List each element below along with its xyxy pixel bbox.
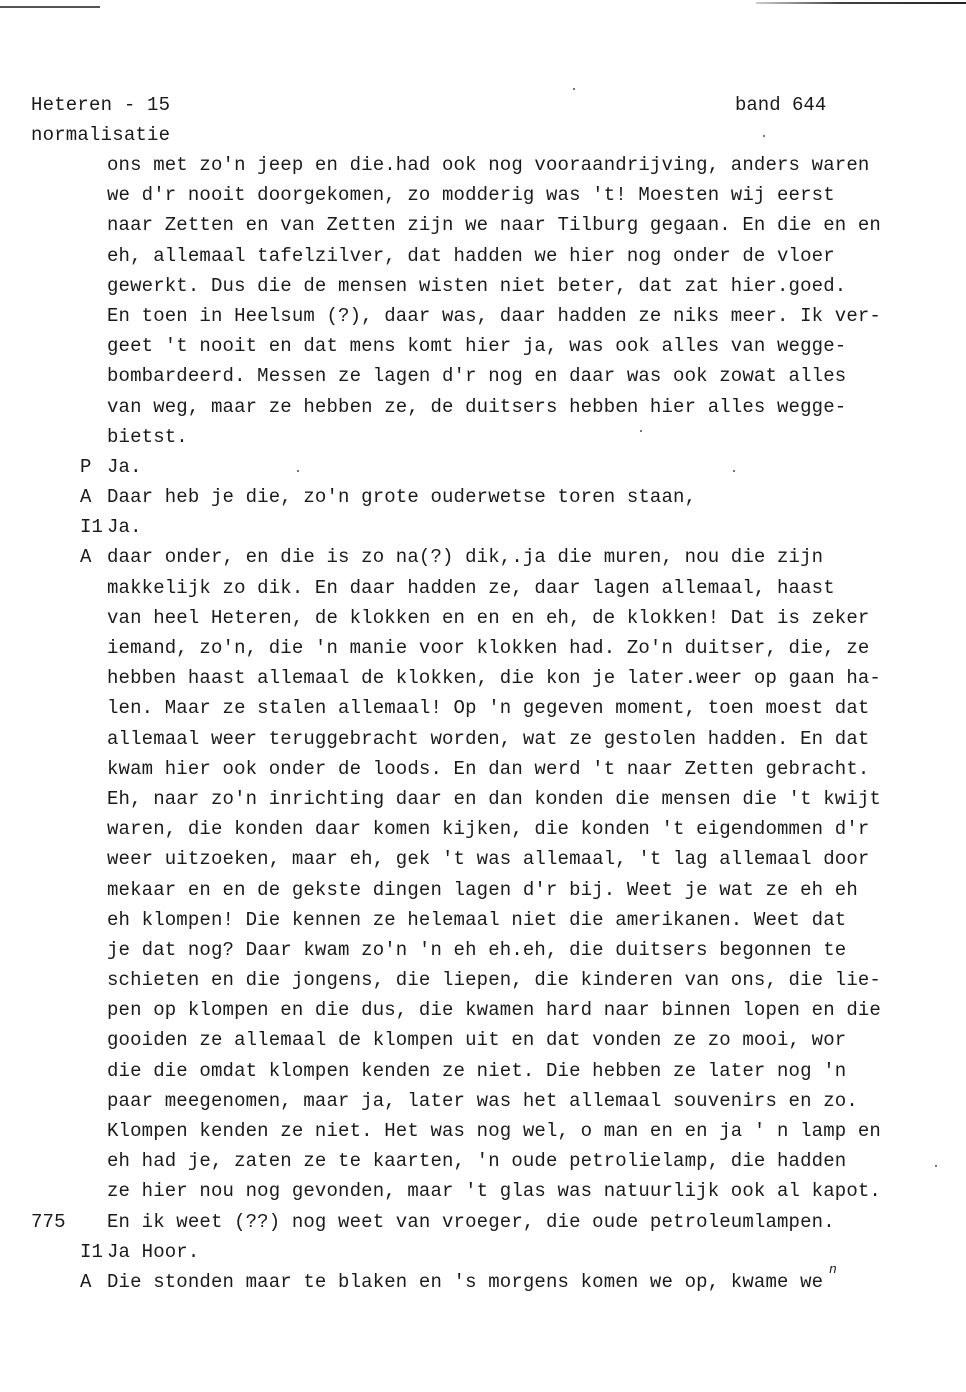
transcript-line: van weg, maar ze hebben ze, de duitsers … [0,392,966,422]
transcript-line: ADie stonden maar te blaken en 's morgen… [0,1267,966,1297]
line-text: weer uitzoeken, maar eh, gek 't was alle… [107,844,869,874]
line-text: mekaar en en de gekste dingen lagen d'r … [107,875,858,905]
transcript-line: we d'r nooit doorgekomen, zo modderig wa… [0,180,966,210]
transcript-line: van heel Heteren, de klokken en en en eh… [0,603,966,633]
transcript-line: ADaar heb je die, zo'n grote ouderwetse … [0,482,966,512]
speaker-label: A [80,1267,92,1297]
transcript-line: je dat nog? Daar kwam zo'n 'n eh eh.eh, … [0,935,966,965]
transcript-line: I1Ja Hoor. [0,1237,966,1267]
line-text: En toen in Heelsum (?), daar was, daar h… [107,301,881,331]
line-text: kwam hier ook onder de loods. En dan wer… [107,754,869,784]
line-text: je dat nog? Daar kwam zo'n 'n eh eh.eh, … [107,935,846,965]
speaker-label: I1 [80,1237,103,1267]
line-text: iemand, zo'n, die 'n manie voor klokken … [107,633,869,663]
document-title: Heteren - 15 [31,90,170,120]
transcript-line: I1Ja. [0,512,966,542]
line-text: gooiden ze allemaal de klompen uit en da… [107,1025,846,1055]
tape-number: band 644 [735,90,826,120]
line-text: bietst. [107,422,188,452]
transcript-line: makkelijk zo dik. En daar hadden ze, daa… [0,573,966,603]
line-text: Daar heb je die, zo'n grote ouderwetse t… [107,482,696,512]
transcript-line: PJa. [0,452,966,482]
line-text: Ja. [107,512,142,542]
scan-speck [297,470,299,472]
transcript-line: bombardeerd. Messen ze lagen d'r nog en … [0,361,966,391]
line-text: makkelijk zo dik. En daar hadden ze, daa… [107,573,835,603]
transcript-line: hebben haast allemaal de klokken, die ko… [0,663,966,693]
transcript-line: allemaal weer teruggebracht worden, wat … [0,724,966,754]
line-text: van weg, maar ze hebben ze, de duitsers … [107,392,846,422]
line-number: 775 [31,1207,66,1237]
transcript-line: gooiden ze allemaal de klompen uit en da… [0,1025,966,1055]
line-text: gewerkt. Dus die de mensen wisten niet b… [107,271,846,301]
line-text: schieten en die jongens, die liepen, die… [107,965,881,995]
document-subtitle: normalisatie [31,120,170,150]
line-text: bombardeerd. Messen ze lagen d'r nog en … [107,361,846,391]
speaker-label: A [80,542,92,572]
line-text: waren, die konden daar komen kijken, die… [107,814,869,844]
transcript-line: kwam hier ook onder de loods. En dan wer… [0,754,966,784]
transcript-line: Adaar onder, en die is zo na(?) dik,.ja … [0,542,966,572]
line-text: hebben haast allemaal de klokken, die ko… [107,663,881,693]
line-text: eh, allemaal tafelzilver, dat hadden we … [107,241,835,271]
line-text: Ja. [107,452,142,482]
line-text: Eh, naar zo'n inrichting daar en dan kon… [107,784,881,814]
transcript-line: iemand, zo'n, die 'n manie voor klokken … [0,633,966,663]
line-text: eh klompen! Die kennen ze helemaal niet … [107,905,846,935]
transcript-body: ons met zo'n jeep en die.had ook nog voo… [0,150,966,1297]
line-text: Ja Hoor. [107,1237,199,1267]
line-text: paar meegenomen, maar ja, later was het … [107,1086,858,1116]
line-text: Klompen kenden ze niet. Het was nog wel,… [107,1116,881,1146]
transcript-line: ons met zo'n jeep en die.had ook nog voo… [0,150,966,180]
line-text: En ik weet (??) nog weet van vroeger, di… [107,1207,835,1237]
transcript-line: En toen in Heelsum (?), daar was, daar h… [0,301,966,331]
line-text: allemaal weer teruggebracht worden, wat … [107,724,869,754]
transcript-line: naar Zetten en van Zetten zijn we naar T… [0,210,966,240]
transcript-line: bietst. [0,422,966,452]
line-text: pen op klompen en die dus, die kwamen ha… [107,995,881,1025]
transcript-line: gewerkt. Dus die de mensen wisten niet b… [0,271,966,301]
transcript-line: schieten en die jongens, die liepen, die… [0,965,966,995]
transcript-line: ze hier nou nog gevonden, maar 't glas w… [0,1176,966,1206]
scan-edge-mark-left [0,6,100,8]
transcript-line: paar meegenomen, maar ja, later was het … [0,1086,966,1116]
transcript-line: eh klompen! Die kennen ze helemaal niet … [0,905,966,935]
line-text: ons met zo'n jeep en die.had ook nog voo… [107,150,869,180]
speaker-label: I1 [80,512,103,542]
line-text: len. Maar ze stalen allemaal! Op 'n gege… [107,693,869,723]
scan-speck [640,430,642,432]
transcript-line: eh had je, zaten ze te kaarten, 'n oude … [0,1146,966,1176]
line-text: daar onder, en die is zo na(?) dik,.ja d… [107,542,823,572]
line-text: ze hier nou nog gevonden, maar 't glas w… [107,1176,881,1206]
line-text: van heel Heteren, de klokken en en en eh… [107,603,869,633]
transcript-line: mekaar en en de gekste dingen lagen d'r … [0,875,966,905]
transcript-line: Eh, naar zo'n inrichting daar en dan kon… [0,784,966,814]
line-text: Die stonden maar te blaken en 's morgens… [107,1267,823,1297]
transcript-line: waren, die konden daar komen kijken, die… [0,814,966,844]
transcript-line: Klompen kenden ze niet. Het was nog wel,… [0,1116,966,1146]
transcript-line: pen op klompen en die dus, die kwamen ha… [0,995,966,1025]
transcript-line: len. Maar ze stalen allemaal! Op 'n gege… [0,693,966,723]
handwritten-correction: n [829,1262,837,1277]
line-text: eh had je, zaten ze te kaarten, 'n oude … [107,1146,846,1176]
transcript-line: 775En ik weet (??) nog weet van vroeger,… [0,1207,966,1237]
transcript-line: die die omdat klompen kenden ze niet. Di… [0,1056,966,1086]
document-header: Heteren - 15 normalisatie [31,90,170,150]
transcript-line: eh, allemaal tafelzilver, dat hadden we … [0,241,966,271]
speaker-label: A [80,482,92,512]
line-text: geet 't nooit en dat mens komt hier ja, … [107,331,846,361]
scan-edge-mark-right [756,2,966,4]
scan-speck [763,135,765,137]
line-text: naar Zetten en van Zetten zijn we naar T… [107,210,881,240]
transcript-line: weer uitzoeken, maar eh, gek 't was alle… [0,844,966,874]
line-text: we d'r nooit doorgekomen, zo modderig wa… [107,180,835,210]
scan-speck [733,470,735,472]
scan-speck [935,1165,937,1167]
transcript-line: geet 't nooit en dat mens komt hier ja, … [0,331,966,361]
scan-speck [573,88,575,90]
speaker-label: P [80,452,92,482]
line-text: die die omdat klompen kenden ze niet. Di… [107,1056,846,1086]
